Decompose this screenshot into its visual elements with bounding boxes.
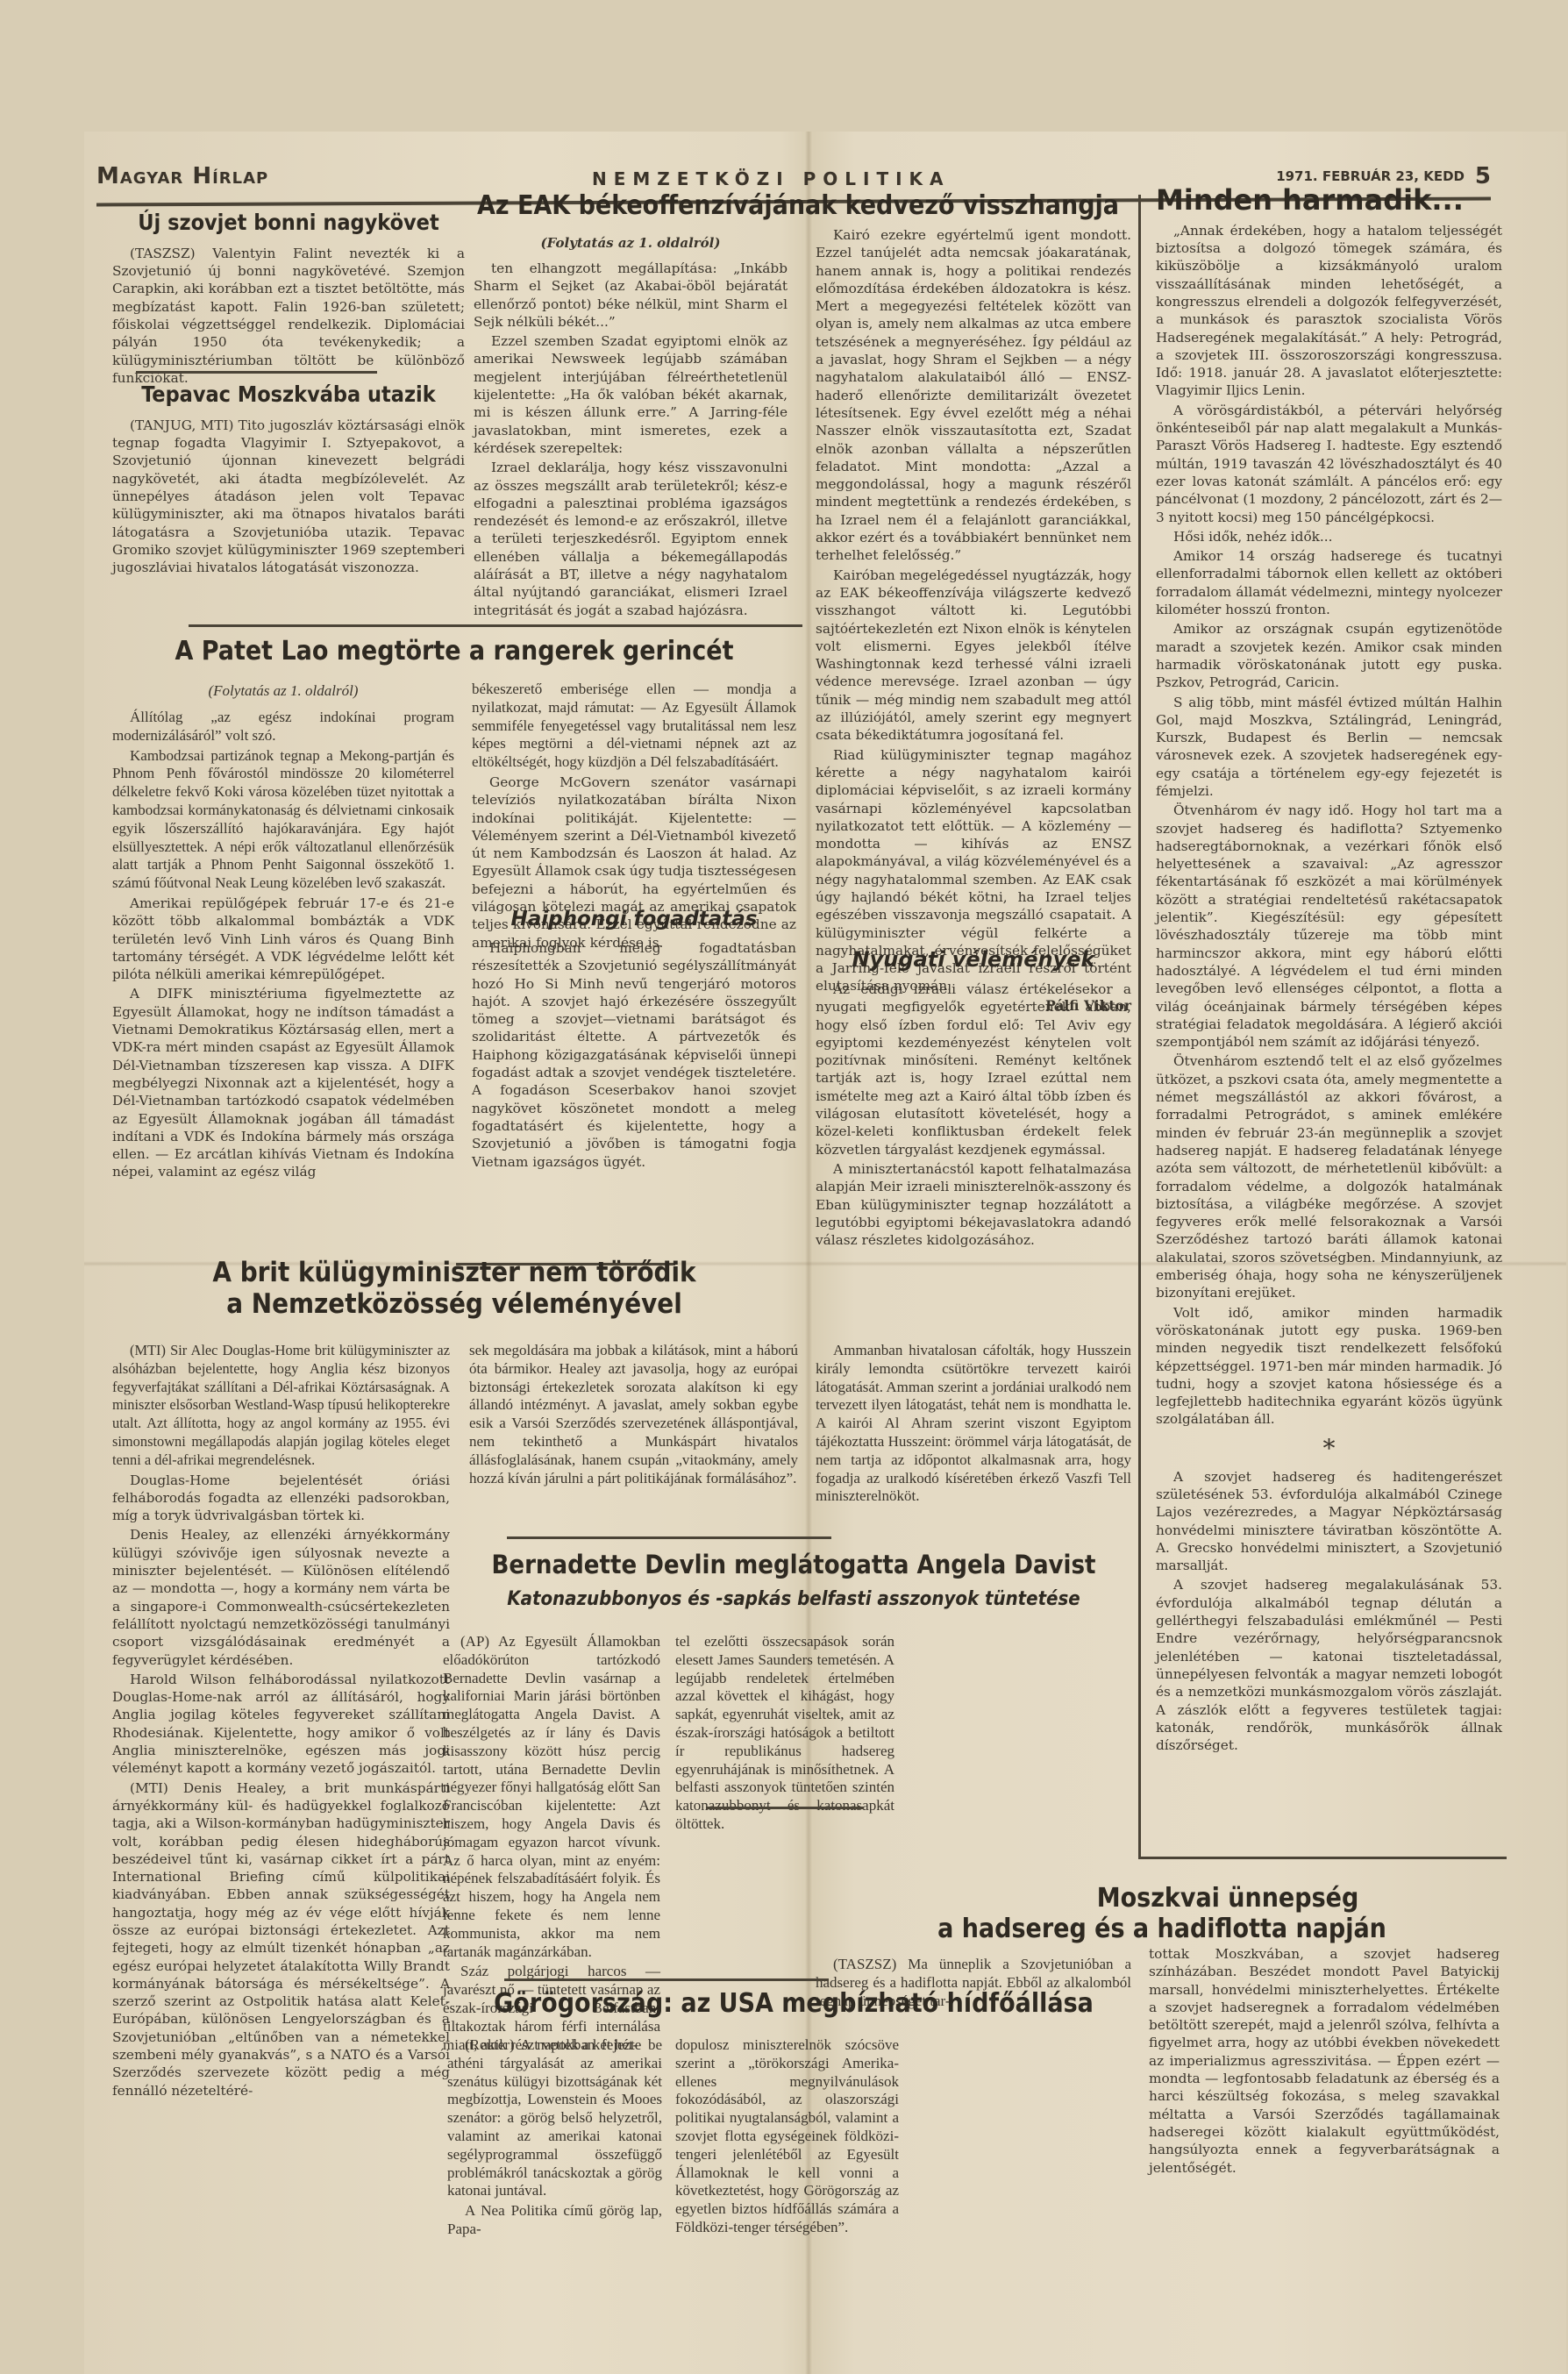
headline: Az EAK békeoffenzívájának kedvező visszh… — [474, 191, 1123, 222]
paragraph: A vörösgárdistákból, a pétervári helyőrs… — [1156, 402, 1502, 526]
article-brit-col2: sek megoldására ma jobbak a kilátások, m… — [469, 1342, 798, 1487]
headline-line-2: a hadsereg és a hadiflotta napján — [816, 1914, 1508, 1945]
paragraph: tottak Moszkvában, a szovjet hadsereg sz… — [1149, 1945, 1500, 2177]
article-brit: A brit külügyminiszter nem törődik a Nem… — [112, 1258, 796, 1320]
paragraph: Ezzel szemben Szadat egyiptomi elnök az … — [474, 332, 788, 457]
headline: A Patet Lao megtörte a rangerek gerincét — [112, 637, 796, 667]
paragraph: „Annak érdekében, hogy a hatalom teljess… — [1156, 222, 1502, 400]
newspaper-name: Magyar Hírlap — [96, 163, 268, 189]
headline: Tepavac Moszkvába utazik — [112, 382, 465, 408]
article-bonn: Új szovjet bonni nagykövet (TASZSZ) Vale… — [112, 210, 465, 387]
paragraph: Kambodzsai partizánok tegnap a Mekong-pa… — [112, 747, 454, 893]
article-minden-harmadik: Minden harmadik... „Annak érdekében, hog… — [1156, 184, 1502, 1754]
subheadline: Haiphongi fogadtatás — [472, 908, 796, 930]
subheadline: Nyugati vélemények — [816, 947, 1131, 972]
divider — [136, 371, 377, 374]
section-title: NEMZETKÖZI POLITIKA — [592, 168, 951, 189]
paragraph: Állítólag „az egész indokínai program mo… — [112, 709, 454, 745]
paragraph: (MTI) Denis Healey, a brit munkáspárti á… — [112, 1779, 450, 2100]
paragraph: Ötvenhárom esztendő telt el az első győz… — [1156, 1052, 1502, 1301]
headline: Görögország: az USA megbízható hídfőállá… — [443, 1989, 1144, 2020]
headline-line-1: Moszkvai ünnepség — [947, 1884, 1508, 1914]
headline: Minden harmadik... — [1156, 184, 1502, 217]
headline-line-1: A brit külügyminiszter nem törődik — [112, 1258, 796, 1289]
paragraph: (Reuter) A napokban fejezte be athéni tá… — [447, 2036, 662, 2200]
paragraph: Amerikai repülőgépek február 17-e és 21-… — [112, 895, 454, 983]
paragraph: ten elhangzott megállapítása: „Inkább Sh… — [474, 260, 788, 331]
article-moszkva: Moszkvai ünnepség a hadsereg és a hadifl… — [947, 1884, 1508, 1944]
paragraph: Hősi idők, nehéz idők... — [1156, 528, 1502, 545]
continuation-note: (Folytatás az 1. oldalról) — [474, 235, 788, 251]
article-eak: Az EAK békeoffenzívájának kedvező visszh… — [474, 191, 1123, 222]
paragraph: Harold Wilson felháborodással nyilatkozo… — [112, 1671, 450, 1778]
paragraph: békeszerető emberisége ellen — mondja a … — [472, 681, 796, 772]
article-brit-col1: (MTI) Sir Alec Douglas-Home brit külügym… — [112, 1342, 450, 2100]
paragraph: Douglas-Home bejelentését óriási felhábo… — [112, 1472, 450, 1525]
article-pathet-col1: (Folytatás az 1. oldalról) Állítólag „az… — [112, 677, 454, 1181]
paragraph: (AP) Az Egyesült Államokban előadókörúto… — [443, 1633, 660, 1961]
paragraph: Kairó ezekre egyértelmű igent mondott. E… — [816, 226, 1131, 565]
article-haiphong: Haiphongi fogadtatás Haiphongban meleg f… — [472, 908, 796, 1171]
paragraph: Denis Healey, az ellenzéki árnyékkormány… — [112, 1526, 450, 1668]
paragraph: Amikor 14 ország hadserege és tucatnyi e… — [1156, 547, 1502, 618]
divider — [189, 624, 802, 627]
box-border-bottom — [1138, 1857, 1507, 1859]
paragraph: Amikor az országnak csupán egytizenötöde… — [1156, 620, 1502, 691]
paragraph: A DIFK minisztériuma figyelmeztette az E… — [112, 985, 454, 1180]
paragraph: Haiphongban meleg fogadtatásban részesít… — [472, 939, 796, 1171]
paragraph: tel ezelőtti összecsapások során elesett… — [675, 1633, 894, 1834]
article-devlin-col2: tel ezelőtti összecsapások során elesett… — [675, 1633, 894, 1834]
paragraph: (TANJUG, MTI) Tito jugoszláv köztársaság… — [112, 417, 465, 577]
paragraph: Izrael deklarálja, hogy kész visszavonul… — [474, 459, 788, 619]
paragraph: A minisztertanácstól kapott felhatalmazá… — [816, 1160, 1131, 1249]
article-pathet-lao: A Patet Lao megtörte a rangerek gerincét — [112, 637, 796, 667]
article-moszkva-col2: tottak Moszkvában, a szovjet hadsereg sz… — [1149, 1945, 1500, 2177]
paragraph: Volt idő, amikor minden harmadik vöröska… — [1156, 1304, 1502, 1429]
paragraph: Ammanban hivatalosan cáfolták, hogy Huss… — [816, 1342, 1131, 1506]
article-nyugati: Nyugati vélemények Az eddigi izraeli vál… — [816, 947, 1131, 1249]
paragraph: sek megoldására ma jobbak a kilátások, m… — [469, 1342, 798, 1487]
subheadline: Katonazubbonyos és -sapkás belfasti assz… — [443, 1588, 1144, 1610]
divider — [504, 1978, 829, 1981]
paragraph: (TASZSZ) Valentyin Falint nevezték ki a … — [112, 245, 465, 387]
paragraph: Ötvenhárom év nagy idő. Hogy hol tart ma… — [1156, 802, 1502, 1051]
article-eak-col1: (Folytatás az 1. oldalról) ten elhangzot… — [474, 230, 788, 619]
section-separator: * — [1156, 1434, 1502, 1463]
paragraph: A szovjet hadsereg megalakulásának 53. é… — [1156, 1576, 1502, 1754]
article-tepavac: Tepavac Moszkvába utazik (TANJUG, MTI) T… — [112, 382, 465, 576]
headline: Új szovjet bonni nagykövet — [112, 210, 465, 236]
paragraph: S alig több, mint másfél évtized múltán … — [1156, 694, 1502, 801]
paragraph: dopulosz miniszterelnök szócsöve szerint… — [675, 2036, 899, 2237]
article-gorog: Görögország: az USA megbízható hídfőállá… — [443, 1989, 1144, 2020]
article-gorog-col1: (Reuter) A napokban fejezte be athéni tá… — [447, 2036, 662, 2239]
paragraph: A Nea Politika című görög lap, Papa- — [447, 2202, 662, 2239]
article-eak-col2: Kairó ezekre egyértelmű igent mondott. E… — [816, 226, 1131, 1014]
paragraph: Kairóban megelégedéssel nyugtázzák, hogy… — [816, 567, 1131, 745]
paragraph: Az eddigi izraeli válasz értékelésekor a… — [816, 980, 1131, 1158]
headline-line-2: a Nemzetközösség véleményével — [112, 1289, 796, 1321]
issue-date: 1971. FEBRUÁR 23, KEDD — [1276, 168, 1465, 184]
divider — [507, 1536, 831, 1539]
headline: Bernadette Devlin meglátogatta Angela Da… — [443, 1551, 1144, 1579]
continuation-note: (Folytatás az 1. oldalról) — [112, 682, 454, 700]
article-gorog-col2: dopulosz miniszterelnök szócsöve szerint… — [675, 2036, 899, 2237]
divider — [706, 1807, 864, 1809]
paragraph: A szovjet hadsereg és haditengerészet sz… — [1156, 1468, 1502, 1575]
article-nyugati-cont: Ammanban hivatalosan cáfolták, hogy Huss… — [816, 1342, 1131, 1506]
article-devlin: Bernadette Devlin meglátogatta Angela Da… — [443, 1551, 1144, 1610]
paragraph: (MTI) Sir Alec Douglas-Home brit külügym… — [112, 1342, 450, 1470]
